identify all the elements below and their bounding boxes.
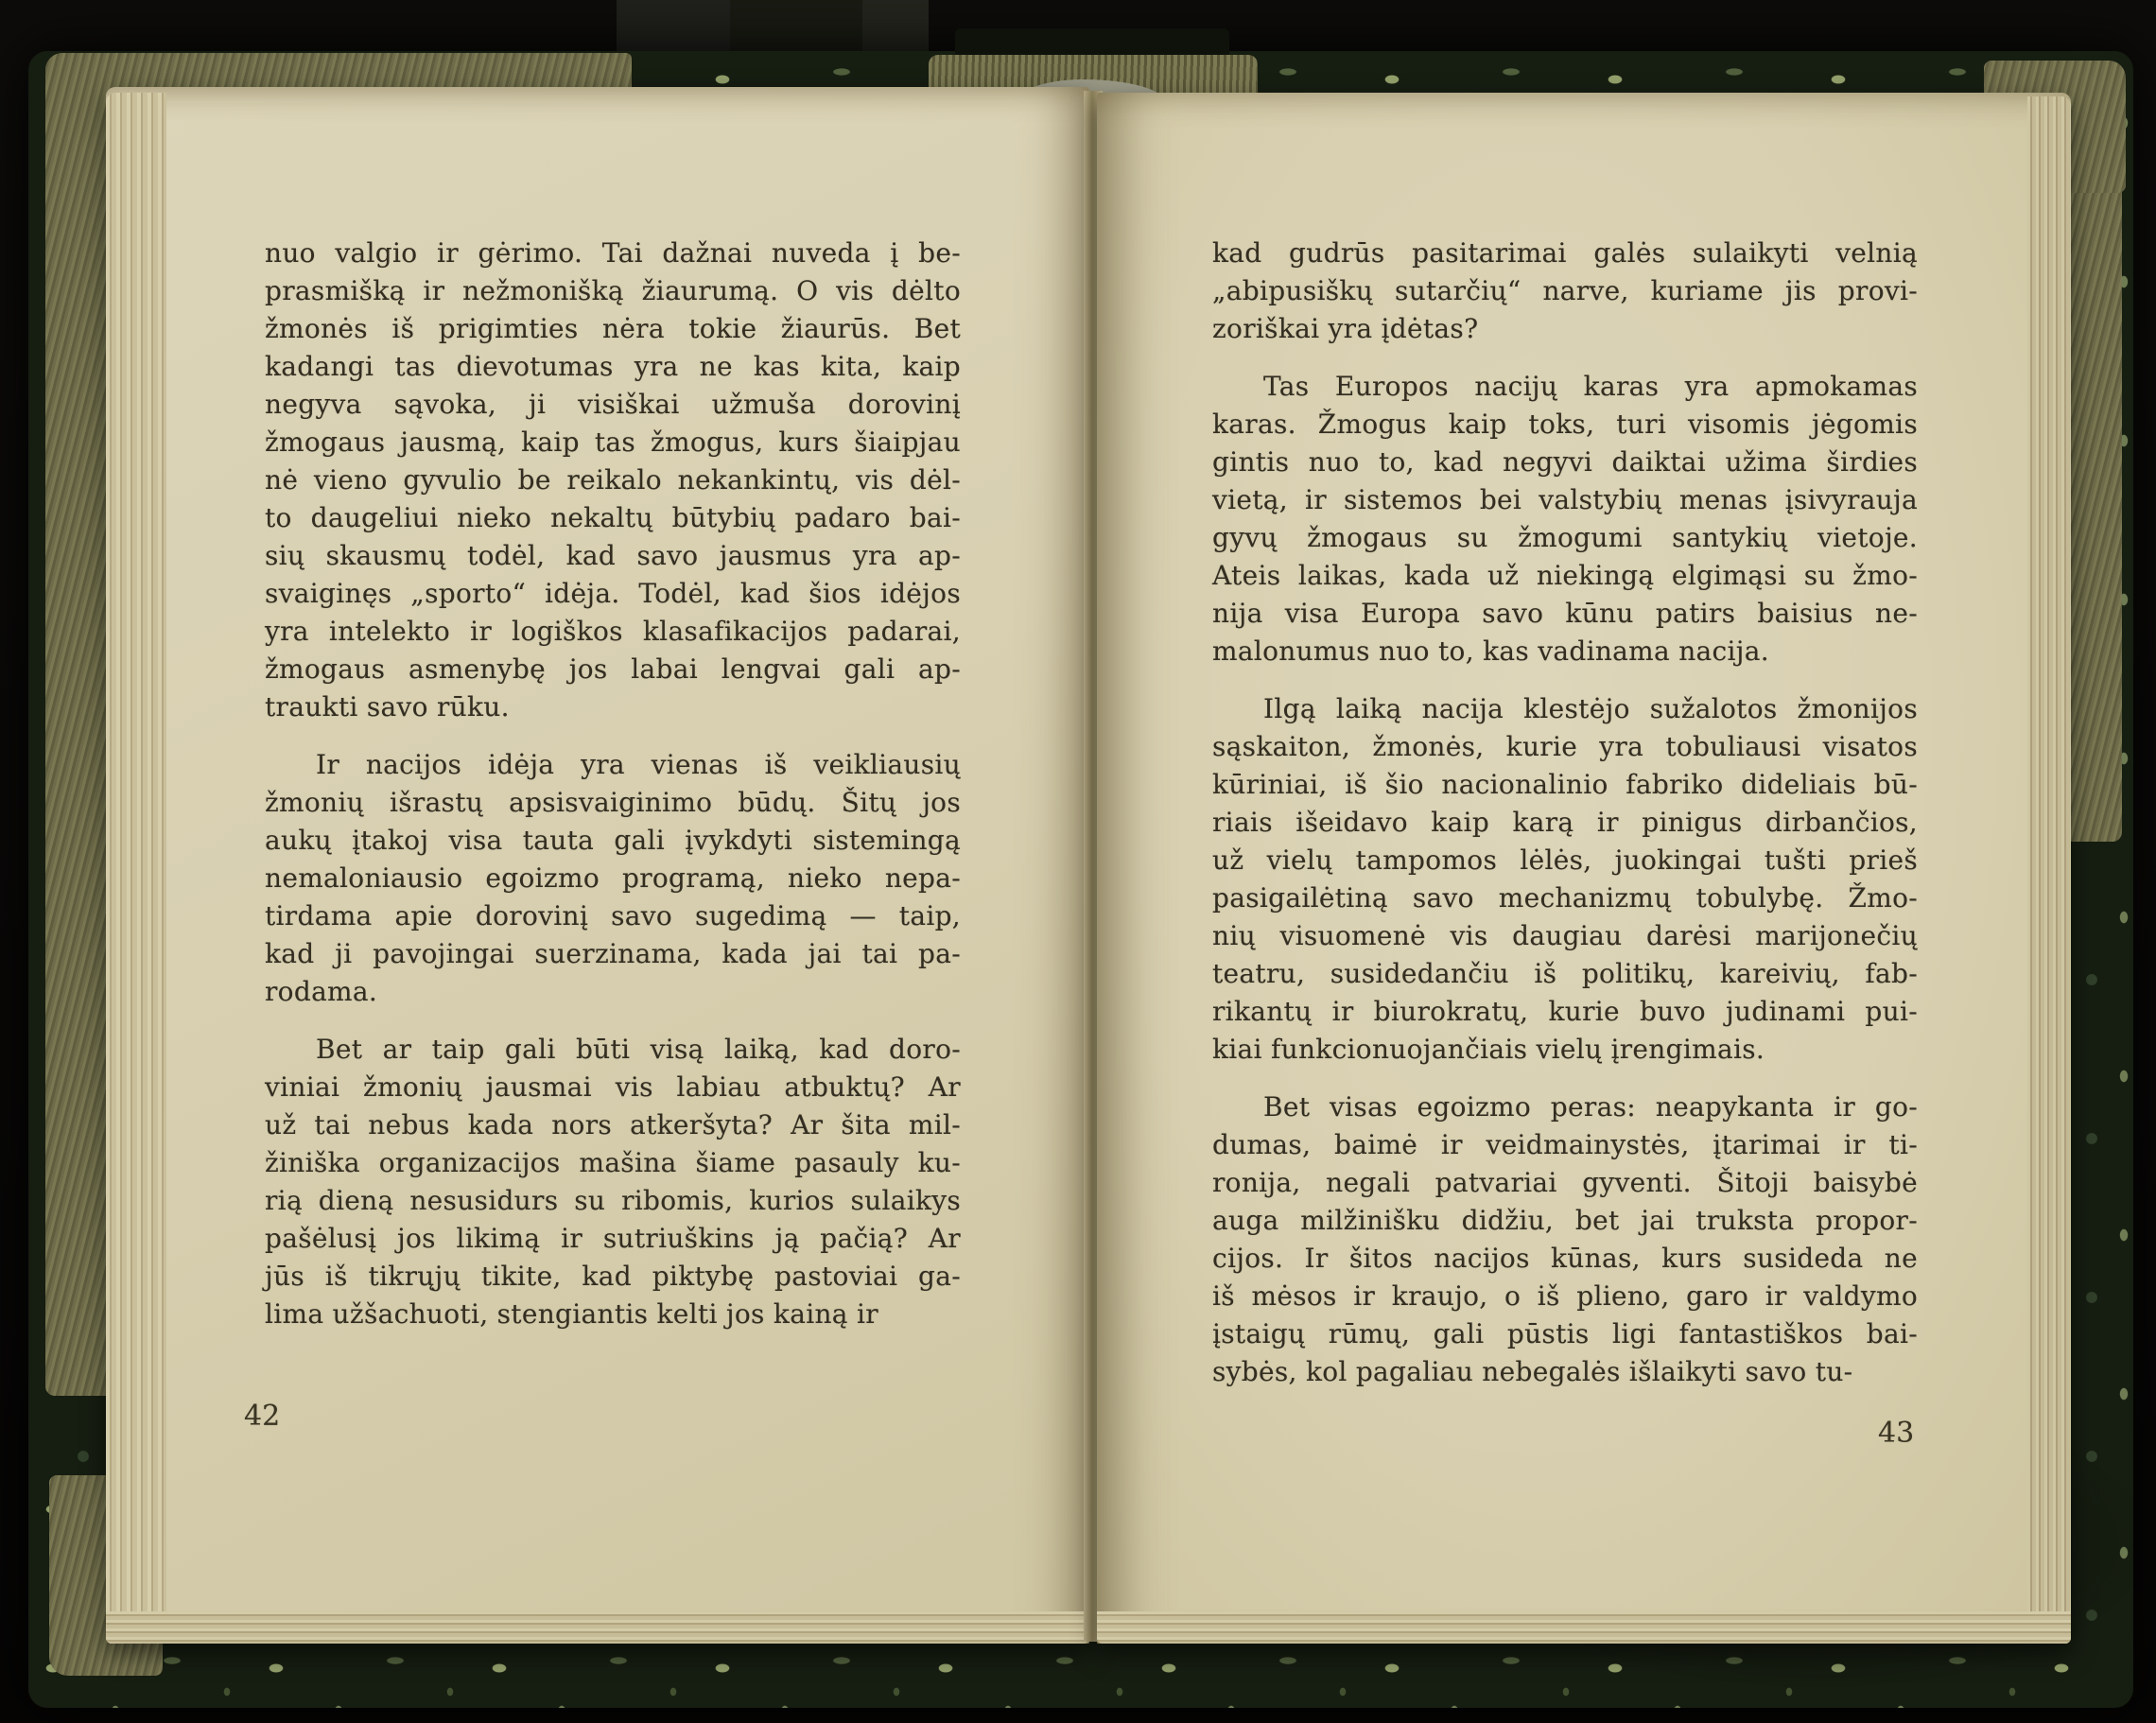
text-line: Ir nacijos idėja yra vienas iš veikliaus… — [265, 746, 961, 784]
background-object — [862, 0, 929, 55]
text-line: rią dieną nesusidurs su ribomis, kurios … — [265, 1182, 961, 1220]
text-line: kad ji pavojingai suerzinama, kada jai t… — [265, 935, 961, 973]
text-line: iš mėsos ir kraujo, o iš plieno, garo ir… — [1212, 1278, 1918, 1315]
text-line: zoriškai yra įdėtas? — [1212, 310, 1918, 348]
left-page[interactable]: nuo valgio ir gėrimo. Tai dažnai nuveda … — [106, 87, 1089, 1644]
text-line: žmogaus asmenybę jos labai lengvai gali … — [265, 651, 961, 688]
text-line: Bet ar taip gali būti visą laiką, kad do… — [265, 1031, 961, 1069]
text-line: riais išeidavo kaip karą ir pinigus dirb… — [1212, 804, 1918, 842]
right-page[interactable]: kad gudrūs pasitarimai galės sulaikyti v… — [1097, 93, 2071, 1644]
text-line: sąskaiton, žmonės, kurie yra tobuliausi … — [1212, 728, 1918, 766]
text-line: negyva sąvoka, ji visiškai užmuša dorovi… — [265, 386, 961, 424]
text-line: pašėlusį jos likimą ir sutriuškins ją pa… — [265, 1220, 961, 1258]
text-line: žmonės iš prigimties nėra tokie žiaurūs.… — [265, 310, 961, 348]
text-line: pasigailėtiną savo mechanizmų tobulybę. … — [1212, 879, 1918, 917]
text-line: žmonių išrastų apsisvaiginimo būdų. Šitų… — [265, 784, 961, 822]
right-page-bottom-leaf-edges — [1097, 1611, 2071, 1644]
paragraph: Tas Europos nacijų karas yra apmokamaska… — [1212, 368, 1918, 670]
right-page-text: kad gudrūs pasitarimai galės sulaikyti v… — [1212, 235, 1918, 1391]
text-line: aukų įtakoj visa tauta gali įvykdyti sis… — [265, 822, 961, 860]
text-line: vietą, ir sistemos bei valstybių menas į… — [1212, 481, 1918, 519]
left-page-text: nuo valgio ir gėrimo. Tai dažnai nuveda … — [265, 235, 961, 1333]
text-line: „abipusiškų sutarčių“ narve, kuriame jis… — [1212, 272, 1918, 310]
text-line: nė vieno gyvulio be reikalo nekankintų, … — [265, 461, 961, 499]
text-line: įstaigų rūmų, gali pūstis ligi fantastiš… — [1212, 1315, 1918, 1353]
book-photo-scene: nuo valgio ir gėrimo. Tai dažnai nuveda … — [0, 0, 2156, 1723]
text-line: svaiginęs „sporto“ idėja. Todėl, kad šio… — [265, 575, 961, 613]
left-page-number: 42 — [244, 1400, 280, 1433]
text-line: kiai funkcionuojančiais vielų įrengimais… — [1212, 1031, 1918, 1069]
text-line: nių visuomenė vis daugiau darėsi marijon… — [1212, 917, 1918, 955]
paragraph: Bet ar taip gali būti visą laiką, kad do… — [265, 1031, 961, 1333]
text-line: teatru, susidedančiu iš politikų, kareiv… — [1212, 955, 1918, 993]
text-line: lima užšachuoti, stengiantis kelti jos k… — [265, 1296, 961, 1333]
text-line: to daugeliui nieko nekaltų būtybių padar… — [265, 499, 961, 537]
text-line: nuo valgio ir gėrimo. Tai dažnai nuveda … — [265, 235, 961, 272]
text-line: gyvų žmogaus su žmogumi santykių vietoje… — [1212, 519, 1918, 557]
text-line: prasmišką ir nežmonišką žiaurumą. O vis … — [265, 272, 961, 310]
right-page-number: 43 — [1878, 1417, 1914, 1450]
text-line: nija visa Europa savo kūnu patirs baisiu… — [1212, 595, 1918, 633]
text-line: traukti savo rūku. — [265, 688, 961, 726]
text-line: yra intelekto ir logiškos klasafikacijos… — [265, 613, 961, 651]
text-line: žmogaus jausmą, kaip tas žmogus, kurs ši… — [265, 424, 961, 461]
text-line: auga milžinišku didžiu, bet jai truksta … — [1212, 1202, 1918, 1240]
text-line: kadangi tas dievotumas yra ne kas kita, … — [265, 348, 961, 386]
paragraph: Ir nacijos idėja yra vienas iš veikliaus… — [265, 746, 961, 1011]
text-line: kūriniai, iš šio nacionalinio fabriko di… — [1212, 766, 1918, 804]
text-line: tirdama apie dorovinį savo sugedimą — ta… — [265, 897, 961, 935]
paragraph: Ilgą laiką nacija klestėjo sužalotos žmo… — [1212, 690, 1918, 1069]
text-line: jūs iš tikrųjų tikite, kad piktybę pasto… — [265, 1258, 961, 1296]
paragraph: nuo valgio ir gėrimo. Tai dažnai nuveda … — [265, 235, 961, 726]
text-line: Ateis laikas, kada už niekingą elgimąsi … — [1212, 557, 1918, 595]
left-page-leaf-edges — [106, 93, 166, 1638]
left-page-bottom-leaf-edges — [106, 1611, 1089, 1644]
text-line: ronija, negali patvariai gyventi. Šitoji… — [1212, 1164, 1918, 1202]
text-line: malonumus nuo to, kas vadinama nacija. — [1212, 633, 1918, 670]
text-line: dumas, baimė ir veidmainystės, įtarimai … — [1212, 1126, 1918, 1164]
text-line: gintis nuo to, kad negyvi daiktai užima … — [1212, 444, 1918, 481]
text-line: nemaloniausio egoizmo programą, nieko ne… — [265, 860, 961, 897]
text-line: už tai nebus kada nors atkeršyta? Ar šit… — [265, 1106, 961, 1144]
text-line: už vielų tampomos lėlės, juokingai tušti… — [1212, 842, 1918, 879]
text-line: kad gudrūs pasitarimai galės sulaikyti v… — [1212, 235, 1918, 272]
text-line: karas. Žmogus kaip toks, turi visomis jė… — [1212, 406, 1918, 444]
paragraph: Bet visas egoizmo peras: neapykanta ir g… — [1212, 1088, 1918, 1391]
text-line: rikantų ir biurokratų, kurie buvo judina… — [1212, 993, 1918, 1031]
text-line: žiniška organizacijos mašina šiame pasau… — [265, 1144, 961, 1182]
text-line: sių skausmų todėl, kad savo jausmus yra … — [265, 537, 961, 575]
text-line: cijos. Ir šitos nacijos kūnas, kurs susi… — [1212, 1240, 1918, 1278]
text-line: Ilgą laiką nacija klestėjo sužalotos žmo… — [1212, 690, 1918, 728]
text-line: Tas Europos nacijų karas yra apmokamas — [1212, 368, 1918, 406]
text-line: sybės, kol pagaliau nebegalės išlaikyti … — [1212, 1353, 1918, 1391]
paragraph: kad gudrūs pasitarimai galės sulaikyti v… — [1212, 235, 1918, 348]
right-page-leaf-edges — [2027, 96, 2071, 1638]
text-line: viniai žmonių jausmai vis labiau atbuktų… — [265, 1069, 961, 1106]
text-line: rodama. — [265, 973, 961, 1011]
text-line: Bet visas egoizmo peras: neapykanta ir g… — [1212, 1088, 1918, 1126]
